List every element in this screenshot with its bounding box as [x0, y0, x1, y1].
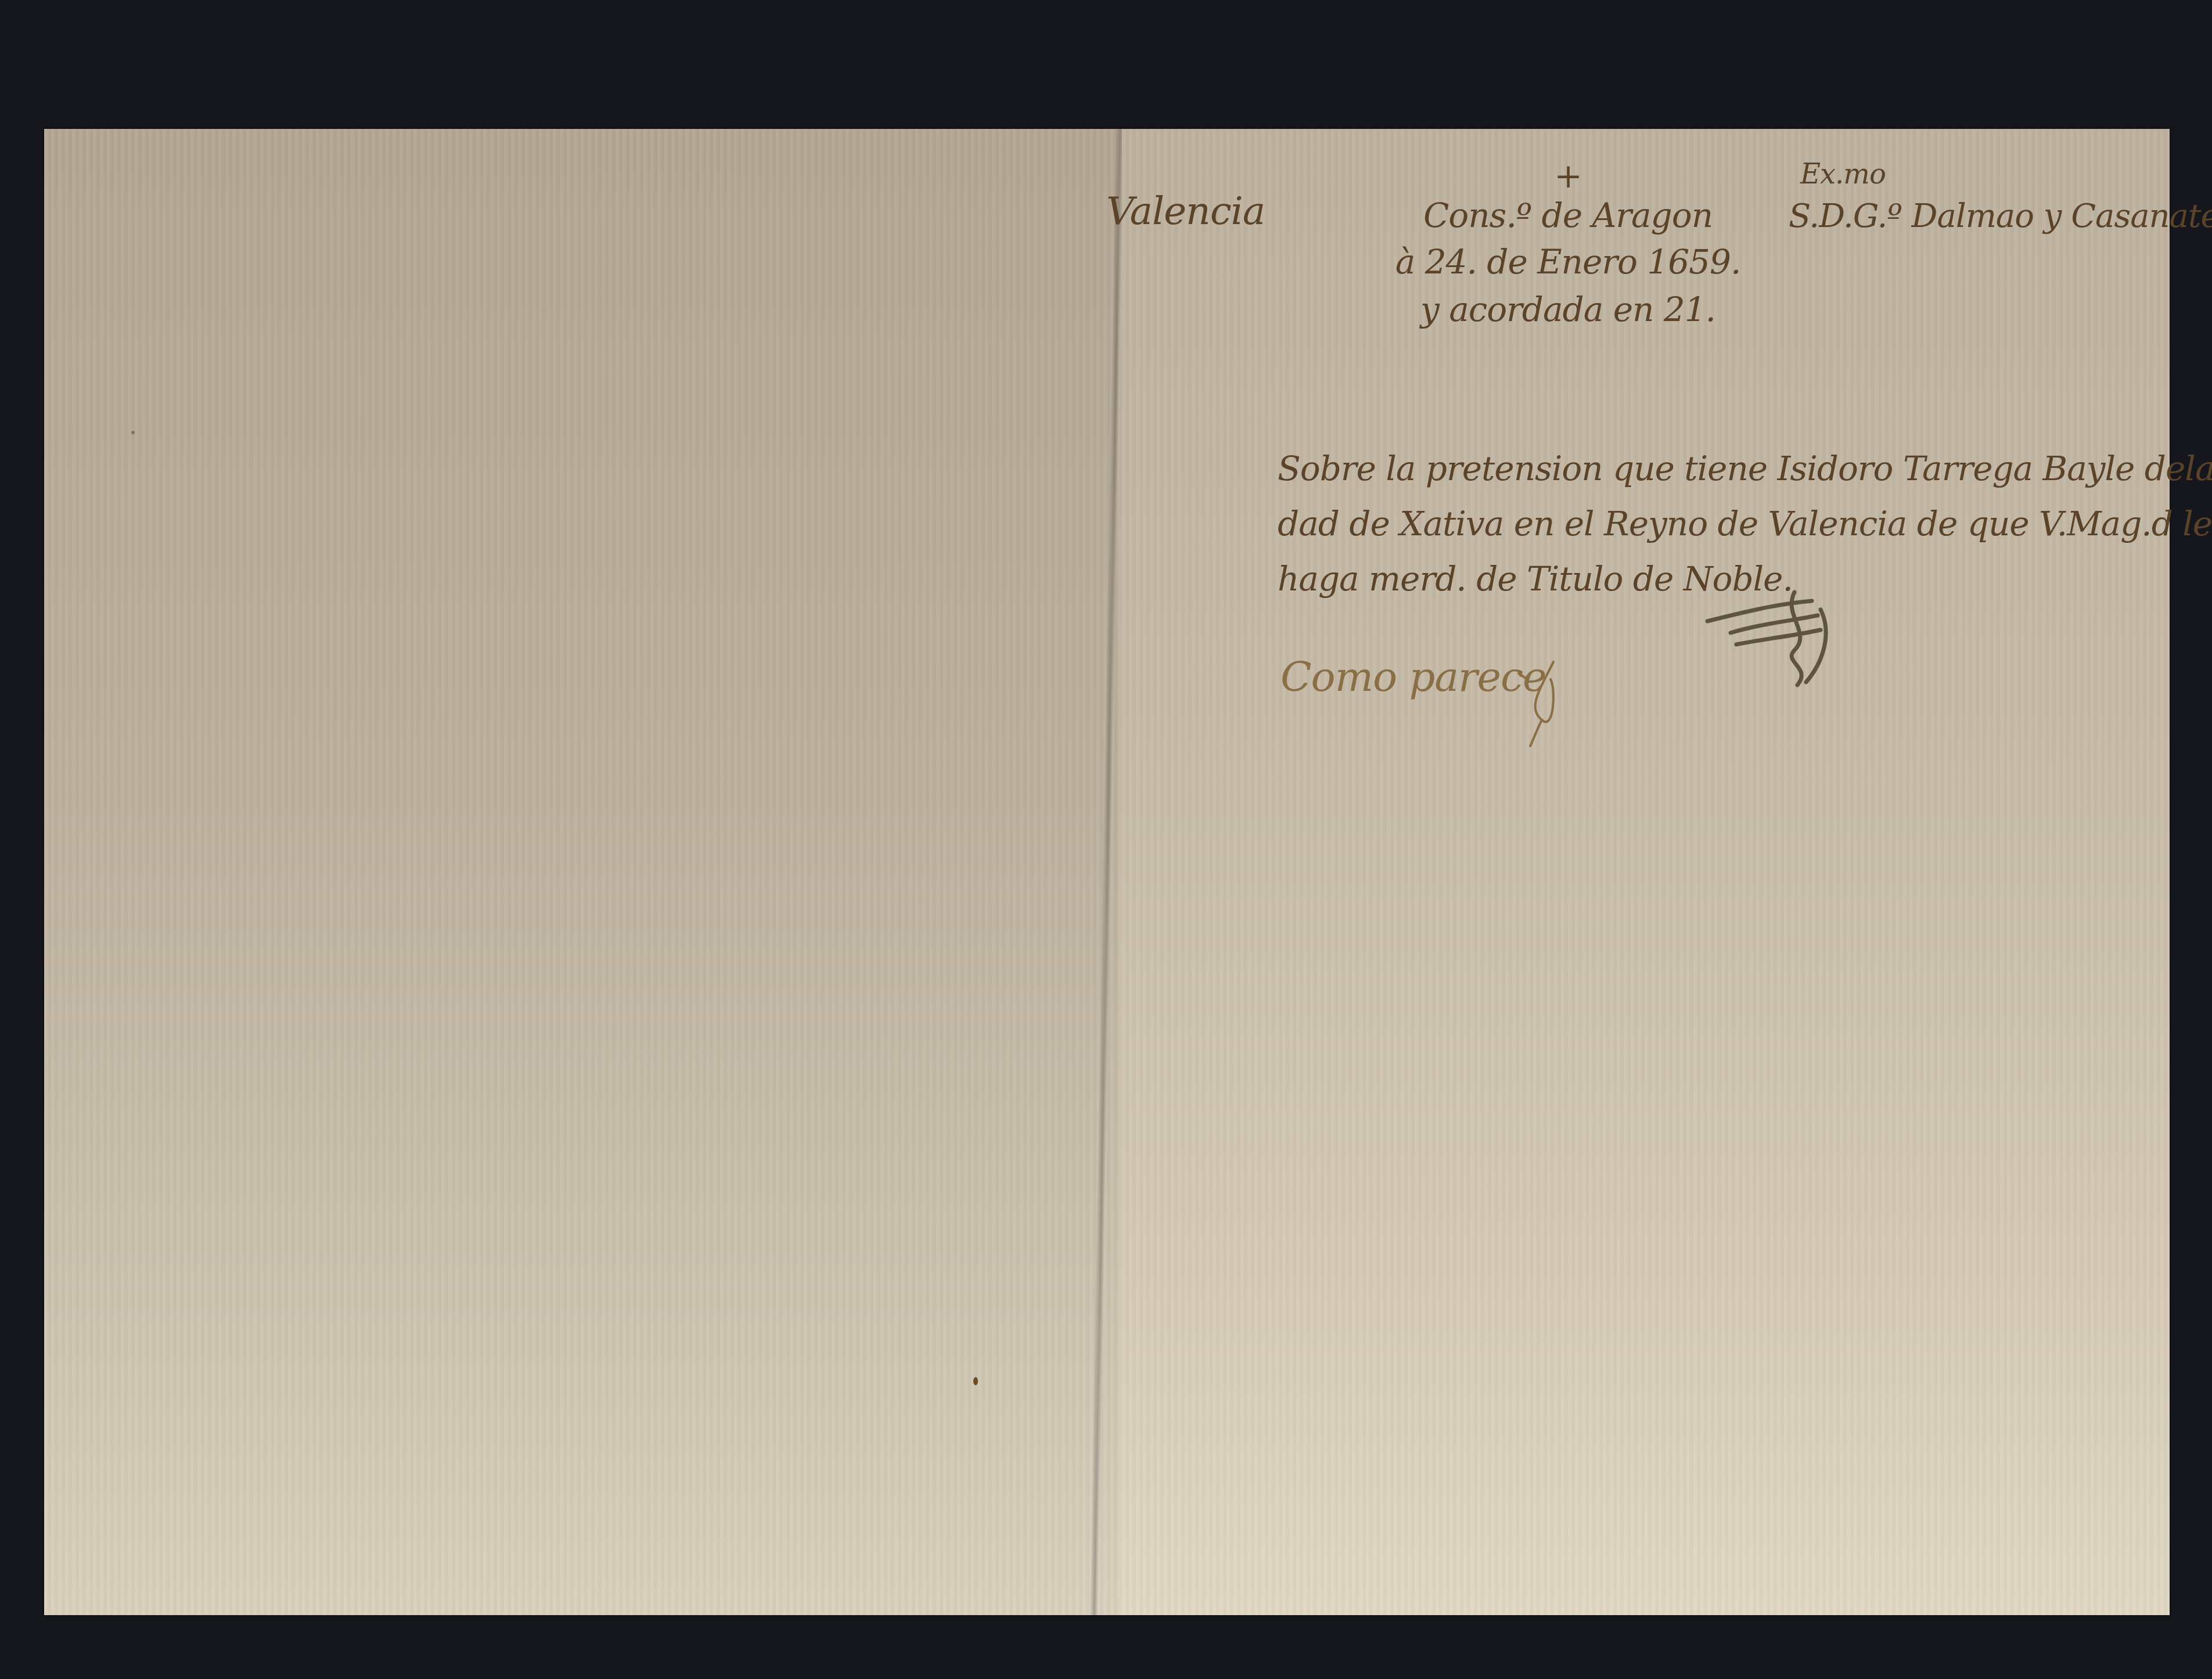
summary-line-1: Sobre la pretension que tiene Isidoro Ta…	[1278, 441, 2212, 496]
left-page-blank	[44, 129, 1118, 1615]
ink-stain	[973, 1377, 978, 1385]
summary-line-2: dad de Xativa en el Reyno de Valencia de…	[1278, 496, 2212, 552]
honorific-superscript: Ex.mo	[1800, 158, 1886, 190]
date-line: à 24. de Enero 1659.	[1382, 238, 1754, 286]
agreed-line: y acordada en 21.	[1382, 286, 1754, 333]
council-line: Cons.º de Aragon	[1382, 192, 1754, 239]
secretary-name: S.D.G.º Dalmao y Casanate	[1789, 197, 2212, 235]
right-page	[1122, 129, 2170, 1615]
manuscript-sheet	[44, 129, 2170, 1615]
resolution-flourish-icon	[1510, 656, 1574, 749]
region-label: Valencia	[1106, 189, 1265, 233]
rubric-signature-icon	[1696, 581, 1841, 697]
ink-stain	[131, 431, 135, 434]
royal-resolution: Como parece	[1281, 653, 1546, 701]
